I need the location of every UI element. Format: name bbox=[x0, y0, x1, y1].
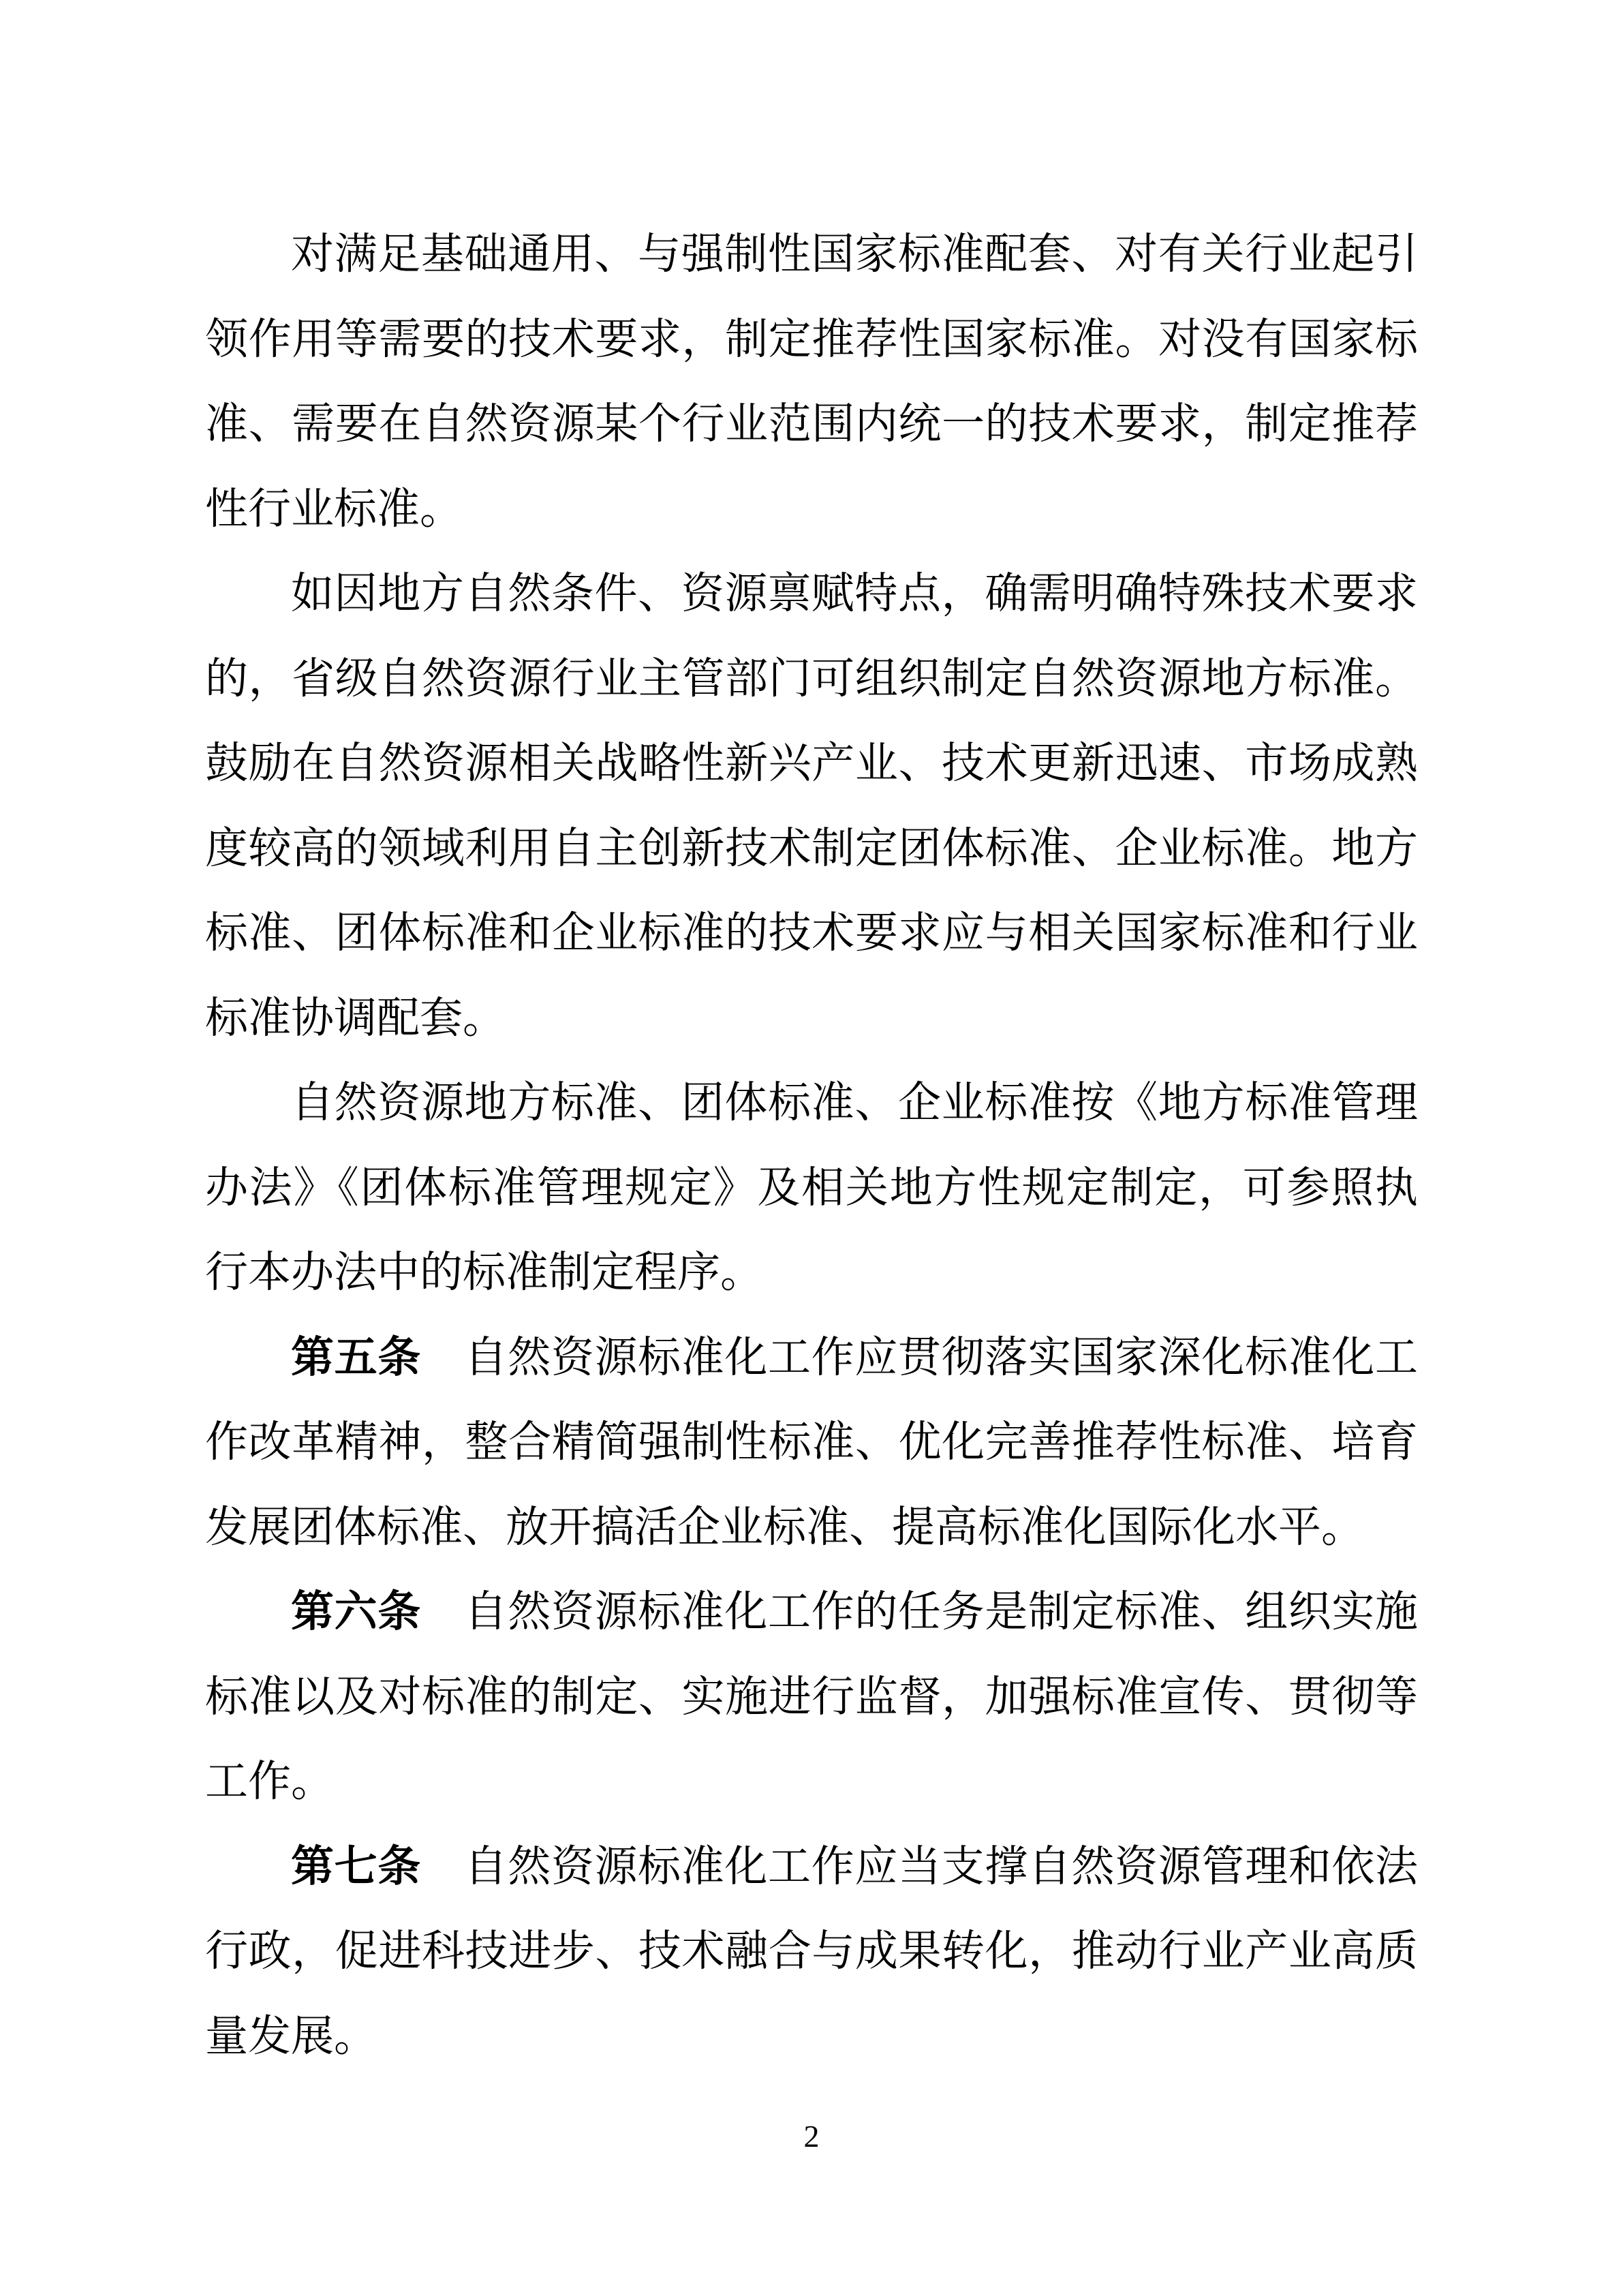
paragraph: 对满足基础通用、与强制性国家标准配套、对有关行业起引领作用等需要的技术要求，制定… bbox=[205, 212, 1418, 551]
paragraph-text: 对满足基础通用、与强制性国家标准配套、对有关行业起引领作用等需要的技术要求，制定… bbox=[205, 230, 1418, 533]
paragraph-article-6: 第六条 自然资源标准化工作的任务是制定标准、组织实施标准以及对标准的制定、实施进… bbox=[205, 1570, 1418, 1824]
article-label: 第六条 bbox=[291, 1588, 421, 1636]
paragraph: 自然资源地方标准、团体标准、企业标准按《地方标准管理办法》《团体标准管理规定》及… bbox=[205, 1060, 1418, 1315]
paragraph-article-5: 第五条 自然资源标准化工作应贯彻落实国家深化标准化工作改革精神，整合精简强制性标… bbox=[205, 1315, 1418, 1570]
article-label: 第七条 bbox=[291, 1843, 421, 1891]
document-body: 对满足基础通用、与强制性国家标准配套、对有关行业起引领作用等需要的技术要求，制定… bbox=[205, 212, 1418, 2079]
paragraph-text: 如因地方自然条件、资源禀赋特点，确需明确特殊技术要求的，省级自然资源行业主管部门… bbox=[205, 570, 1418, 1042]
paragraph: 如因地方自然条件、资源禀赋特点，确需明确特殊技术要求的，省级自然资源行业主管部门… bbox=[205, 551, 1418, 1060]
paragraph-text: 自然资源地方标准、团体标准、企业标准按《地方标准管理办法》《团体标准管理规定》及… bbox=[205, 1079, 1418, 1296]
document-page: 对满足基础通用、与强制性国家标准配套、对有关行业起引领作用等需要的技术要求，制定… bbox=[0, 0, 1623, 2296]
article-label: 第五条 bbox=[291, 1334, 421, 1381]
page-number: 2 bbox=[0, 2121, 1623, 2152]
paragraph-article-7: 第七条 自然资源标准化工作应当支撑自然资源管理和依法行政，促进科技进步、技术融合… bbox=[205, 1824, 1418, 2079]
